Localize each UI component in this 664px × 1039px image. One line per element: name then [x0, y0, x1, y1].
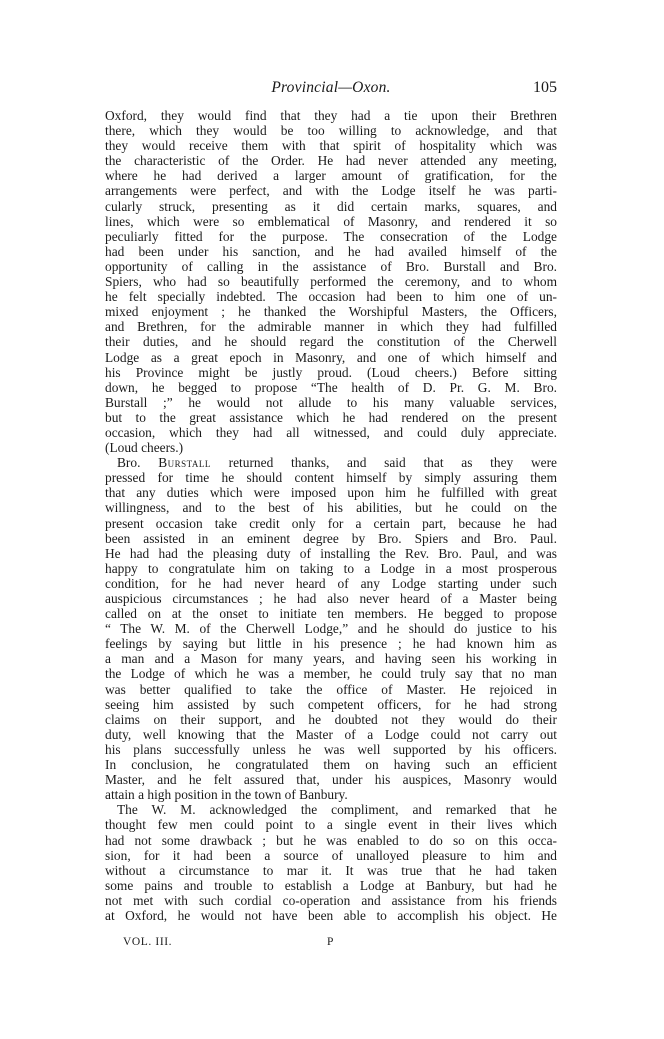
- page-footer: VOL. III. P: [123, 936, 423, 951]
- text-line: but to the great assistance which he had…: [105, 410, 557, 425]
- text-line: Burstall ;” he would not allude to his m…: [105, 395, 557, 410]
- text-line: had not some drawback ; but he was enabl…: [105, 833, 557, 848]
- text-line: down, he begged to propose “The health o…: [105, 380, 557, 395]
- text-line: condition, for he had never heard of any…: [105, 576, 557, 591]
- text-line: attain a high position in the town of Ba…: [105, 787, 557, 802]
- body-text: Oxford, they would find that they had a …: [105, 108, 557, 923]
- text-line: his plans successfully unless he was wel…: [105, 742, 557, 757]
- text-line: that any duties which were imposed upon …: [105, 485, 557, 500]
- text-line: Spiers, who had so beautifully performed…: [105, 274, 557, 289]
- page-number: 105: [533, 79, 557, 97]
- text-line: auspicious circumstances ; he had also n…: [105, 591, 557, 606]
- text-line: peculiarly fitted for the purpose. The c…: [105, 229, 557, 244]
- text-line: seeing him assisted by such competent of…: [105, 697, 557, 712]
- text-line: not met with such cordial co-operation a…: [105, 893, 557, 908]
- text-line: willingness, and to the best of his abil…: [105, 500, 557, 515]
- text-line: Lodge as a great epoch in Masonry, and o…: [105, 350, 557, 365]
- text-line: (Loud cheers.): [105, 440, 557, 455]
- text-line: without a circumstance to mar it. It was…: [105, 863, 557, 878]
- signature-mark: P: [327, 936, 334, 948]
- text-line: Master, and he felt assured that, under …: [105, 772, 557, 787]
- text-line: their duties, and he should regard the c…: [105, 334, 557, 349]
- text-line: duty, well knowing that the Master of a …: [105, 727, 557, 742]
- text-line: had been under his sanction, and he had …: [105, 244, 557, 259]
- text-line: mixed enjoyment ; he thanked the Worship…: [105, 304, 557, 319]
- text-line: the characteristic of the Order. He had …: [105, 153, 557, 168]
- text-line: some pains and trouble to establish a Lo…: [105, 878, 557, 893]
- text-line: “ The W. M. of the Cherwell Lodge,” and …: [105, 621, 557, 636]
- text-line: the Lodge of which he was a member, he c…: [105, 666, 557, 681]
- text-line: In conclusion, he congratulated them on …: [105, 757, 557, 772]
- text-line: claims on their support, and he doubted …: [105, 712, 557, 727]
- paragraph-start-burstall: Bro. Burstall returned thanks, and said …: [105, 455, 557, 470]
- text-line: at Oxford, he would not have been able t…: [105, 908, 557, 923]
- text-line: he felt specially indebted. The occasion…: [105, 289, 557, 304]
- running-title: Provincial—Oxon.: [105, 79, 557, 97]
- text-line: opportunity of calling in the assistance…: [105, 259, 557, 274]
- text-line: they would receive them with that spirit…: [105, 138, 557, 153]
- text-line: was better qualified to take the office …: [105, 682, 557, 697]
- text-line: lines, which were so emblematical of Mas…: [105, 214, 557, 229]
- text-line: The W. M. acknowledged the compliment, a…: [105, 802, 557, 817]
- book-page: Provincial—Oxon. 105 Oxford, they would …: [0, 0, 664, 1039]
- text-line: occasion, which they had all witnessed, …: [105, 425, 557, 440]
- prefix-text: Bro.: [117, 455, 158, 470]
- text-line: cularly struck, presenting as it did cer…: [105, 199, 557, 214]
- text-line: a man and a Mason for many years, and ha…: [105, 651, 557, 666]
- text-line: happy to congratulate him on taking to a…: [105, 561, 557, 576]
- text-line: called on at the onset to initiate ten m…: [105, 606, 557, 621]
- text-line: feelings by saying but little in his pre…: [105, 636, 557, 651]
- speaker-name: Burstall: [158, 455, 211, 470]
- text-line: arrangements were perfect, and with the …: [105, 183, 557, 198]
- text-line: his Province might be justly proud. (Lou…: [105, 365, 557, 380]
- text-line: where he had derived a larger amount of …: [105, 168, 557, 183]
- text-line: Oxford, they would find that they had a …: [105, 108, 557, 123]
- text-line: sion, for it had been a source of unallo…: [105, 848, 557, 863]
- running-head: Provincial—Oxon. 105: [105, 79, 557, 99]
- text-line: He had had the pleasing duty of installi…: [105, 546, 557, 561]
- text-line: and Brethren, for the admirable manner i…: [105, 319, 557, 334]
- text-line: present occasion take credit only for a …: [105, 516, 557, 531]
- text-line: pressed for time he should content himse…: [105, 470, 557, 485]
- text-line: there, which they would be too willing t…: [105, 123, 557, 138]
- text-line: been assisted in an eminent degree by Br…: [105, 531, 557, 546]
- text-line: thought few men could point to a single …: [105, 817, 557, 832]
- line-text: returned thanks, and said that as they w…: [211, 455, 557, 470]
- volume-mark: VOL. III.: [123, 936, 172, 948]
